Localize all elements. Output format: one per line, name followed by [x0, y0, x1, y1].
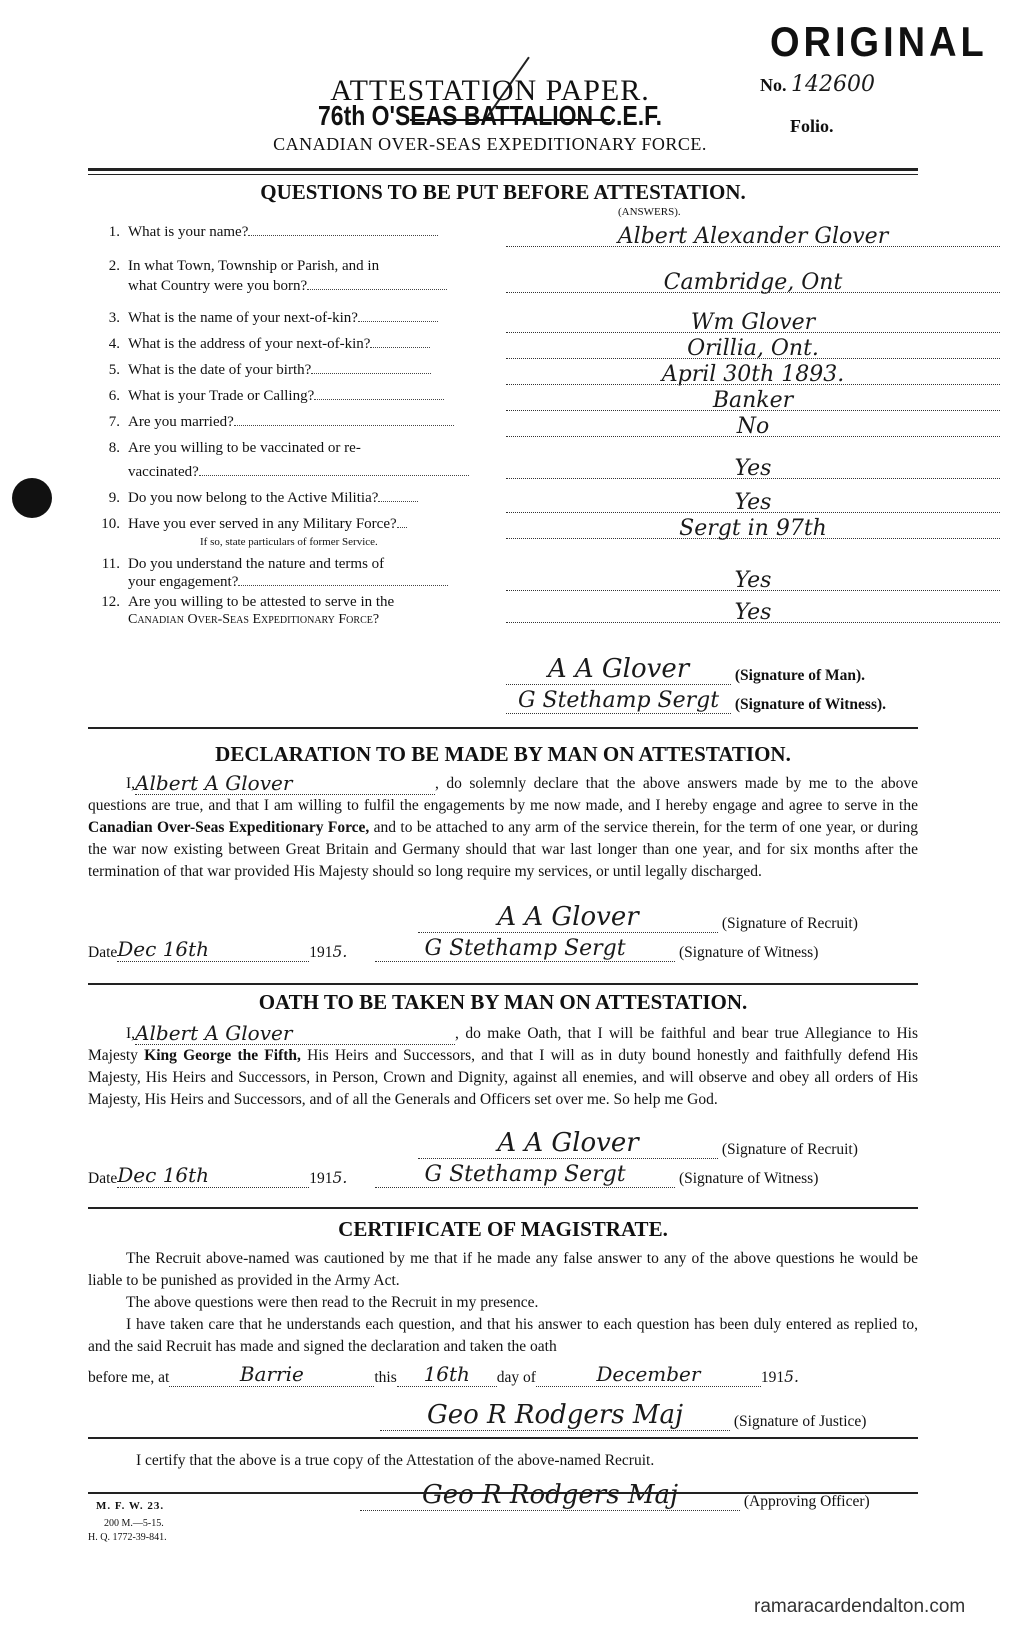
- signature-man: A A Glover: [506, 654, 731, 685]
- question-text: What is the name of your next-of-kin?: [128, 310, 496, 327]
- footer-divider: [88, 1492, 918, 1494]
- question-text: Do you understand the nature and terms o…: [128, 556, 496, 573]
- question-text: Are you married?: [128, 414, 496, 431]
- question-row-6: 6. What is your Trade or Calling? Banker: [90, 388, 920, 416]
- question-text: What is the date of your birth?: [128, 362, 496, 379]
- battalion-stamp: 76th O'SEAS BATTALION C.E.F.: [252, 100, 728, 132]
- watermark-website: ramaracardendalton.com: [754, 1596, 965, 1618]
- question-number: 9.: [90, 490, 120, 507]
- approving-officer-signature-row: Geo R Rodgers Maj (Approving Officer): [360, 1480, 920, 1511]
- attestation-day: 16th: [397, 1362, 497, 1387]
- signature-witness-label: (Signature of Witness).: [735, 696, 886, 713]
- declaration-section-title: DECLARATION TO BE MADE BY MAN ON ATTESTA…: [88, 742, 918, 767]
- question-text: Are you willing to be vaccinated or re-: [128, 440, 496, 457]
- magistrate-section-title: CERTIFICATE OF MAGISTRATE.: [88, 1217, 918, 1242]
- declaration-signature-recruit: A A Glover: [418, 902, 718, 933]
- folio-label: Folio.: [790, 116, 834, 137]
- original-stamp: ORIGINAL: [770, 20, 988, 67]
- answer-birthplace: Cambridge, Ont: [506, 270, 1000, 293]
- question-number: 10.: [90, 516, 120, 533]
- magistrate-place-date-row: before me, atBarriethis16thday ofDecembe…: [88, 1362, 918, 1387]
- document-subtitle: CANADIAN OVER-SEAS EXPEDITIONARY FORCE.: [200, 134, 780, 155]
- oath-text: I,Albert A Glover, do make Oath, that I …: [88, 1022, 918, 1111]
- attestation-month: December: [536, 1362, 761, 1387]
- hq-reference: H. Q. 1772-39-841.: [88, 1532, 167, 1543]
- section-divider: [88, 727, 918, 729]
- magistrate-para-1: The Recruit above-named was cautioned by…: [88, 1248, 918, 1292]
- declaration-signature-witness: G Stethamp Sergt: [375, 936, 675, 962]
- question-text: What is your name?: [128, 224, 496, 241]
- signature-justice-label: (Signature of Justice): [734, 1413, 867, 1430]
- questions-section-title: QUESTIONS TO BE PUT BEFORE ATTESTATION.: [88, 180, 918, 205]
- answer-active-militia: Yes: [506, 490, 1000, 513]
- this-label: this: [374, 1369, 396, 1386]
- answers-label: (ANSWERS).: [618, 206, 681, 218]
- question-text-line2: your engagement?: [128, 574, 496, 591]
- oath-signature-witness: G Stethamp Sergt: [375, 1162, 675, 1188]
- question-row-8: 8. Are you willing to be vaccinated or r…: [90, 440, 920, 486]
- declaration-date-row: DateDec 16th1915. G Stethamp Sergt (Sign…: [88, 936, 918, 962]
- oath-recruit-signature-row: A A Glover (Signature of Recruit): [418, 1128, 918, 1159]
- signature-recruit-label: (Signature of Recruit): [722, 915, 858, 932]
- signature-man-row: A A Glover (Signature of Man).: [506, 654, 916, 685]
- answer-trade: Banker: [506, 388, 1000, 411]
- year-prefix: 191: [309, 1170, 332, 1187]
- answer-married: No: [506, 414, 1000, 437]
- header-divider: [88, 168, 918, 171]
- question-row-2: 2. In what Town, Township or Parish, and…: [90, 258, 920, 304]
- question-text-line2: Canadian Over-Seas Expeditionary Force?: [128, 612, 496, 628]
- question-row-10: 10. Have you ever served in any Military…: [90, 516, 920, 554]
- question-text: What is the address of your next-of-kin?: [128, 336, 496, 353]
- declaration-text: I,Albert A Glover, do solemnly declare t…: [88, 772, 918, 883]
- signature-justice: Geo R Rodgers Maj: [380, 1400, 730, 1431]
- question-text: What is your Trade or Calling?: [128, 388, 496, 405]
- answer-next-of-kin-address: Orillia, Ont.: [506, 336, 1000, 359]
- signature-approving-officer: Geo R Rodgers Maj: [360, 1480, 740, 1511]
- approving-officer-label: (Approving Officer): [744, 1493, 870, 1510]
- question-number: 8.: [90, 440, 120, 457]
- year-suffix: 5.: [333, 943, 348, 961]
- signature-witness-label: (Signature of Witness): [679, 944, 818, 961]
- attestation-place: Barrie: [169, 1362, 374, 1387]
- battalion-strike-line: [410, 119, 610, 121]
- oath-date-row: DateDec 16th1915. G Stethamp Sergt (Sign…: [88, 1162, 918, 1188]
- form-code: M. F. W. 23.: [96, 1500, 164, 1512]
- question-text: Are you willing to be attested to serve …: [128, 594, 496, 611]
- signature-witness: G Stethamp Sergt: [506, 688, 731, 714]
- signature-witness-label: (Signature of Witness): [679, 1170, 818, 1187]
- section-divider: [88, 983, 918, 985]
- year-prefix: 191: [761, 1369, 784, 1386]
- magistrate-para-3: I have taken care that he understands ea…: [88, 1314, 918, 1358]
- answer-date-of-birth: April 30th 1893.: [506, 362, 1000, 385]
- answer-name: Albert Alexander Glover: [506, 224, 1000, 247]
- day-of-label: day of: [497, 1369, 536, 1386]
- oath-signature-recruit: A A Glover: [418, 1128, 718, 1159]
- answer-vaccinated: Yes: [506, 456, 1000, 479]
- certify-text: I certify that the above is a true copy …: [88, 1450, 918, 1472]
- question-text: Do you now belong to the Active Militia?: [128, 490, 496, 507]
- oath-name: Albert A Glover: [135, 1022, 455, 1045]
- question-number: 12.: [90, 594, 120, 611]
- signature-man-label: (Signature of Man).: [735, 667, 865, 684]
- signature-recruit-label: (Signature of Recruit): [722, 1141, 858, 1158]
- date-label: Date: [88, 944, 117, 961]
- question-text-line2: vaccinated?: [128, 464, 496, 481]
- declaration-name: Albert A Glover: [135, 772, 435, 795]
- number-value: 142600: [791, 72, 875, 97]
- question-row-9: 9. Do you now belong to the Active Milit…: [90, 490, 920, 518]
- declaration-date: Dec 16th: [117, 937, 309, 962]
- year-prefix: 191: [309, 944, 332, 961]
- magistrate-para-2: The above questions were then read to th…: [88, 1292, 918, 1314]
- oath-date: Dec 16th: [117, 1163, 309, 1188]
- question-number: 11.: [90, 556, 120, 573]
- answer-willing-to-serve: Yes: [506, 600, 1000, 623]
- justice-signature-row: Geo R Rodgers Maj (Signature of Justice): [380, 1400, 920, 1431]
- answer-next-of-kin: Wm Glover: [506, 310, 1000, 333]
- answer-understand-terms: Yes: [506, 568, 1000, 591]
- question-row-5: 5. What is the date of your birth? April…: [90, 362, 920, 390]
- question-row-4: 4. What is the address of your next-of-k…: [90, 336, 920, 364]
- year-suffix: 5.: [784, 1368, 799, 1386]
- question-text: In what Town, Township or Parish, and in: [128, 258, 496, 275]
- question-number: 6.: [90, 388, 120, 405]
- signature-witness-row: G Stethamp Sergt (Signature of Witness).: [506, 688, 916, 714]
- question-text: Have you ever served in any Military For…: [128, 516, 496, 533]
- question-number: 5.: [90, 362, 120, 379]
- question-note: If so, state particulars of former Servi…: [200, 536, 378, 548]
- question-row-3: 3. What is the name of your next-of-kin?…: [90, 310, 920, 338]
- section-divider: [88, 1437, 918, 1439]
- question-number: 2.: [90, 258, 120, 275]
- binder-hole: [12, 478, 52, 518]
- question-number: 3.: [90, 310, 120, 327]
- oath-section-title: OATH TO BE TAKEN BY MAN ON ATTESTATION.: [88, 990, 918, 1015]
- declaration-recruit-signature-row: A A Glover (Signature of Recruit): [418, 902, 918, 933]
- year-suffix: 5.: [333, 1169, 348, 1187]
- question-row-1: 1. What is your name? Albert Alexander G…: [90, 224, 920, 252]
- question-number: 4.: [90, 336, 120, 353]
- question-row-12: 12. Are you willing to be attested to se…: [90, 594, 920, 640]
- section-divider: [88, 1207, 918, 1209]
- question-row-7: 7. Are you married? No: [90, 414, 920, 442]
- question-number: 7.: [90, 414, 120, 431]
- question-text-line2: what Country were you born?: [128, 278, 496, 295]
- question-number: 1.: [90, 224, 120, 241]
- answer-military-service: Sergt in 97th: [506, 516, 1000, 539]
- date-label: Date: [88, 1170, 117, 1187]
- before-label: before me, at: [88, 1369, 169, 1386]
- print-run: 200 M.—5-15.: [104, 1518, 164, 1529]
